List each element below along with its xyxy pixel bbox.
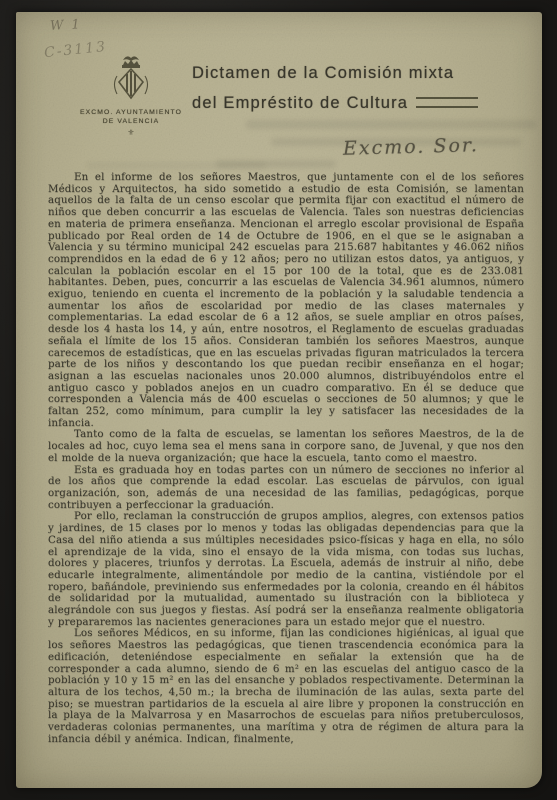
handwritten-salutation: Excmo. Sor.	[343, 134, 479, 160]
seal-ornament-icon: ⚜	[56, 128, 206, 137]
document-title-line1: Dictamen de la Comisión mixta	[192, 58, 522, 88]
body-paragraph-5: Los señores Médicos, en su informe, fija…	[48, 628, 524, 745]
document-title-line2-text: del Empréstito de Cultura	[192, 94, 408, 112]
body-paragraph-3: Esta es graduada hoy en todas partes con…	[48, 465, 524, 512]
valencia-coat-of-arms-icon	[56, 52, 206, 104]
municipal-seal: EXCMO. AYUNTAMIENTO DE VALENCIA ⚜	[56, 52, 206, 137]
seal-text-line2: DE VALENCIA	[56, 117, 206, 126]
body-paragraph-1: En el informe de los señores Maestros, q…	[48, 172, 524, 429]
body-paragraph-4: Por ello, reclaman la construcción de gr…	[48, 511, 524, 628]
document-title: Dictamen de la Comisión mixta del Emprés…	[192, 58, 522, 118]
document-title-line2: del Empréstito de Cultura	[192, 88, 522, 118]
bleed-through-artifact	[246, 120, 536, 129]
bleed-through-artifact	[86, 162, 266, 169]
seal-text-line1: EXCMO. AYUNTAMIENTO	[56, 108, 206, 117]
scanned-document-page: W 1 C-3113	[0, 0, 557, 800]
body-paragraph-2: Tanto como de la falta de escuelas, se l…	[48, 429, 524, 464]
paper-sheet: W 1 C-3113	[16, 12, 542, 788]
pencil-annotation: W 1	[50, 17, 83, 34]
document-body: En el informe de los señores Maestros, q…	[48, 172, 524, 745]
title-double-rule	[416, 97, 478, 108]
